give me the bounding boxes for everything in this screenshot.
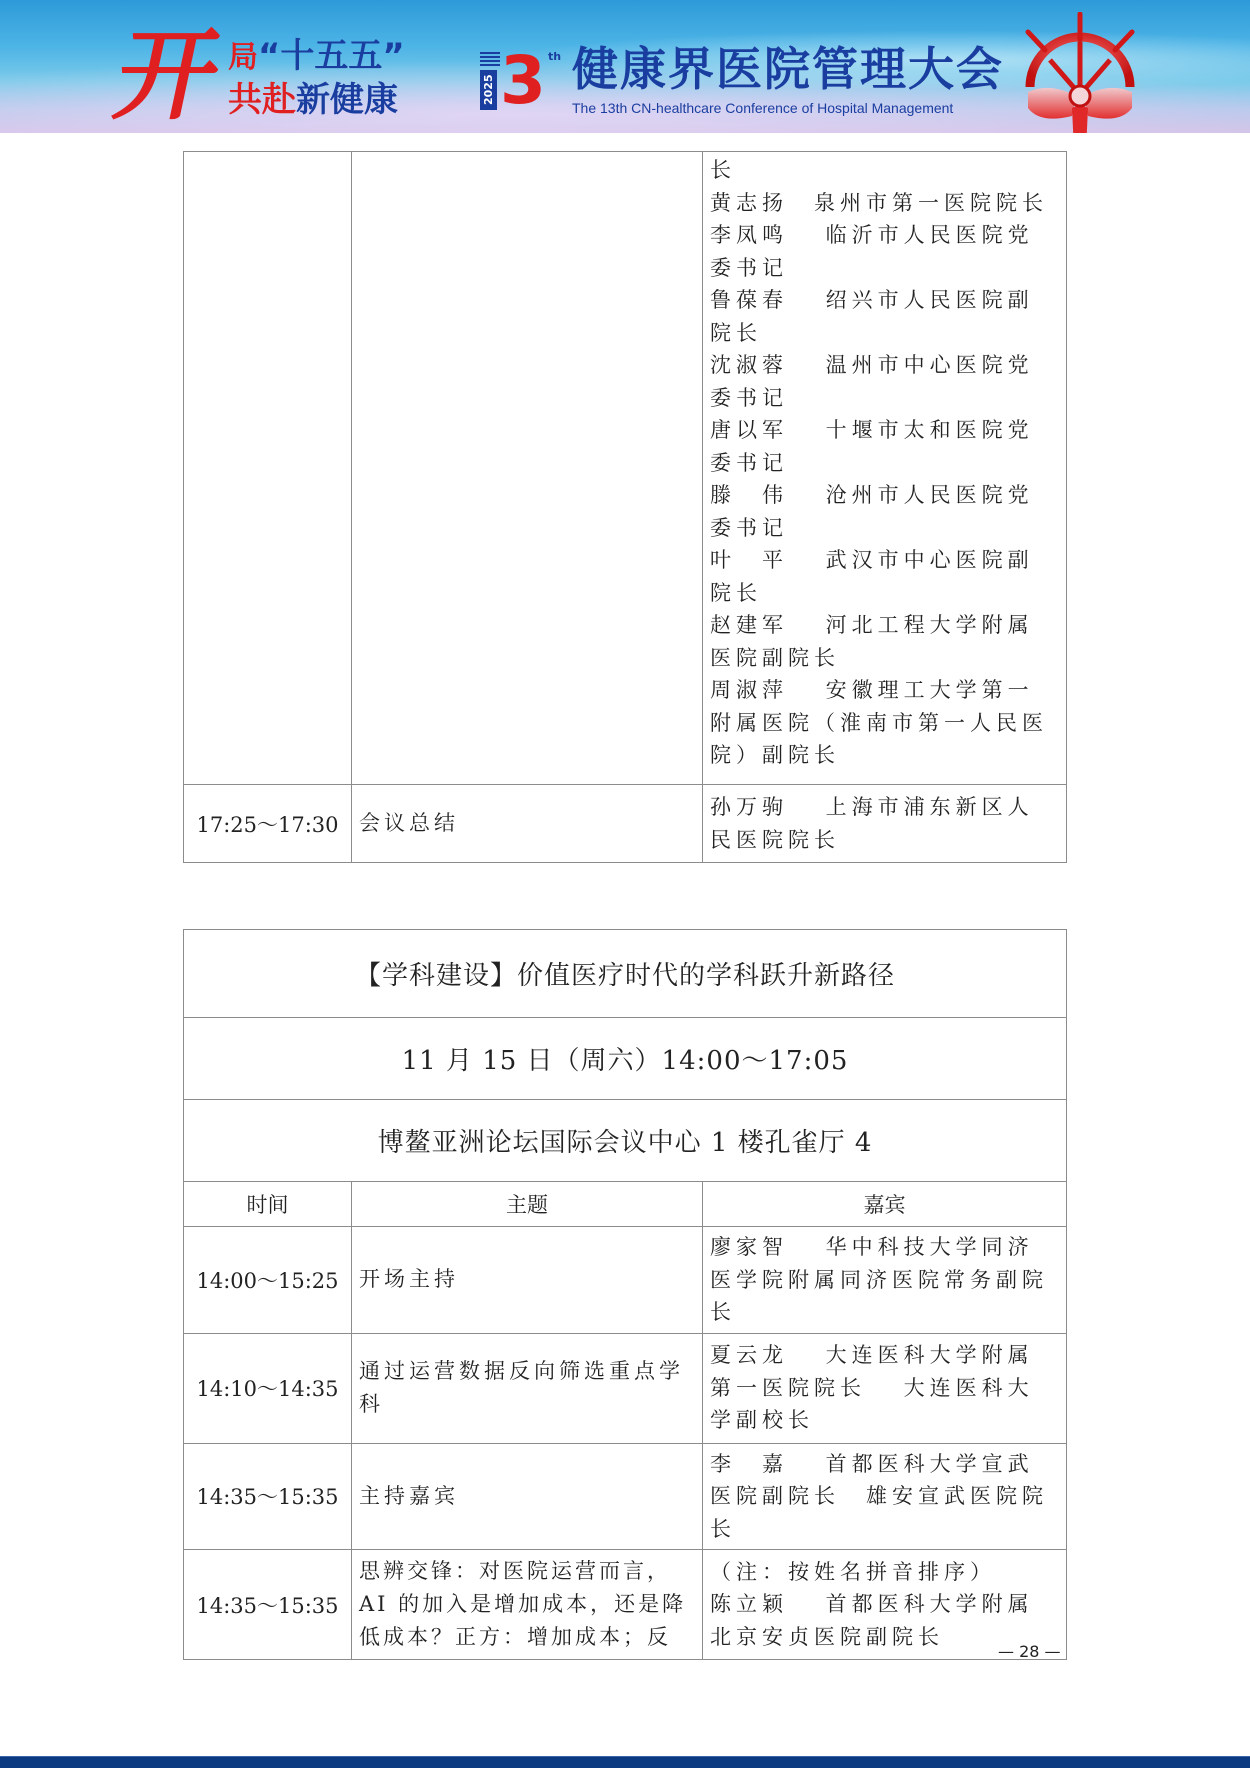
session-datetime-row: 11 月 15 日（周六）14:00～17:05 [184,1018,1067,1100]
session-title-row: 【学科建设】价值医疗时代的学科跃升新路径 [184,930,1067,1018]
session-venue-row: 博鳌亚洲论坛国际会议中心 1 楼孔雀厅 4 [184,1100,1067,1182]
slogan-kai-character: 开 [107,26,228,126]
guests-cell: 长 黄志扬 泉州市第一医院院长 李凤鸣 临沂市人民医院党委书记 鲁葆春 绍兴市人… [703,152,1067,785]
time-cell [184,152,352,785]
13th-conference-logo: 2025 3 [480,52,550,114]
conference-banner: 开 局“十五五” 共赴新健康 2025 3 th 健康界医院管理大会 The 1… [0,0,1250,133]
table-row: 17:25～17:30 会议总结 孙万驹 上海市浦东新区人民医院院长 [184,785,1067,863]
topic-cell: 会议总结 [352,785,703,863]
column-header-guests: 嘉宾 [703,1182,1067,1227]
guests-cell: 夏云龙 大连医科大学附属第一医院院长 大连医科大学副校长 [703,1333,1067,1443]
table-header-row: 时间 主题 嘉宾 [184,1182,1067,1227]
topic-cell: 主持嘉宾 [352,1443,703,1550]
time-cell: 14:35～15:35 [184,1443,352,1550]
table-row: 14:00～15:25 开场主持 廖家智 华中科技大学同济医学院附属同济医院常务… [184,1227,1067,1334]
logo-stripes-icon [480,52,500,68]
session-title: 【学科建设】价值医疗时代的学科跃升新路径 [184,930,1067,1018]
slogan-text: “十五五” [258,36,405,76]
footer-bar [0,1756,1250,1768]
session-venue: 博鳌亚洲论坛国际会议中心 1 楼孔雀厅 4 [184,1100,1067,1182]
guests-cell: 廖家智 华中科技大学同济医学院附属同济医院常务副院长 [703,1227,1067,1334]
logo-suffix: th [548,50,561,63]
column-header-time: 时间 [184,1182,352,1227]
slogan-prefix: 局 [228,40,258,75]
column-header-topic: 主题 [352,1182,703,1227]
topic-cell [352,152,703,785]
guests-cell: 李 嘉 首都医科大学宣武医院副院长 雄安宣武医院院长 [703,1443,1067,1550]
table-row: 14:35～15:35 主持嘉宾 李 嘉 首都医科大学宣武医院副院长 雄安宣武医… [184,1443,1067,1550]
table-row: 14:10～14:35 通过运营数据反向筛选重点学科 夏云龙 大连医科大学附属第… [184,1333,1067,1443]
topic-cell: 思辨交锋：对医院运营而言，AI 的加入是增加成本，还是降低成本？正方：增加成本；… [352,1550,703,1660]
time-cell: 14:35～15:35 [184,1550,352,1660]
session-datetime: 11 月 15 日（周六）14:00～17:05 [184,1018,1067,1100]
guests-cell: 孙万驹 上海市浦东新区人民医院院长 [703,785,1067,863]
slogan-line-1: 局“十五五” [228,28,405,77]
table-row: 14:35～15:35 思辨交锋：对医院运营而言，AI 的加入是增加成本，还是降… [184,1550,1067,1660]
logo-year: 2025 [480,70,497,110]
page-number: — 28 — [998,1642,1061,1661]
slogan-red-text: 共赴 [228,80,296,120]
time-cell: 14:00～15:25 [184,1227,352,1334]
logo-number: 3 [500,48,546,114]
time-cell: 14:10～14:35 [184,1333,352,1443]
topic-cell: 开场主持 [352,1227,703,1334]
slogan-text: 新健康 [296,80,398,120]
ship-wheel-propeller-icon [1020,12,1140,133]
table-row: 长 黄志扬 泉州市第一医院院长 李凤鸣 临沂市人民医院党委书记 鲁葆春 绍兴市人… [184,152,1067,785]
conference-title-cn: 健康界医院管理大会 [572,46,1004,92]
schedule-table-discipline-building: 【学科建设】价值医疗时代的学科跃升新路径 11 月 15 日（周六）14:00～… [183,929,1067,1660]
time-cell: 17:25～17:30 [184,785,352,863]
schedule-table-continued: 长 黄志扬 泉州市第一医院院长 李凤鸣 临沂市人民医院党委书记 鲁葆春 绍兴市人… [183,151,1067,863]
slogan-line-2: 共赴新健康 [228,72,398,121]
topic-cell: 通过运营数据反向筛选重点学科 [352,1333,703,1443]
conference-title-en: The 13th CN-healthcare Conference of Hos… [572,100,953,116]
